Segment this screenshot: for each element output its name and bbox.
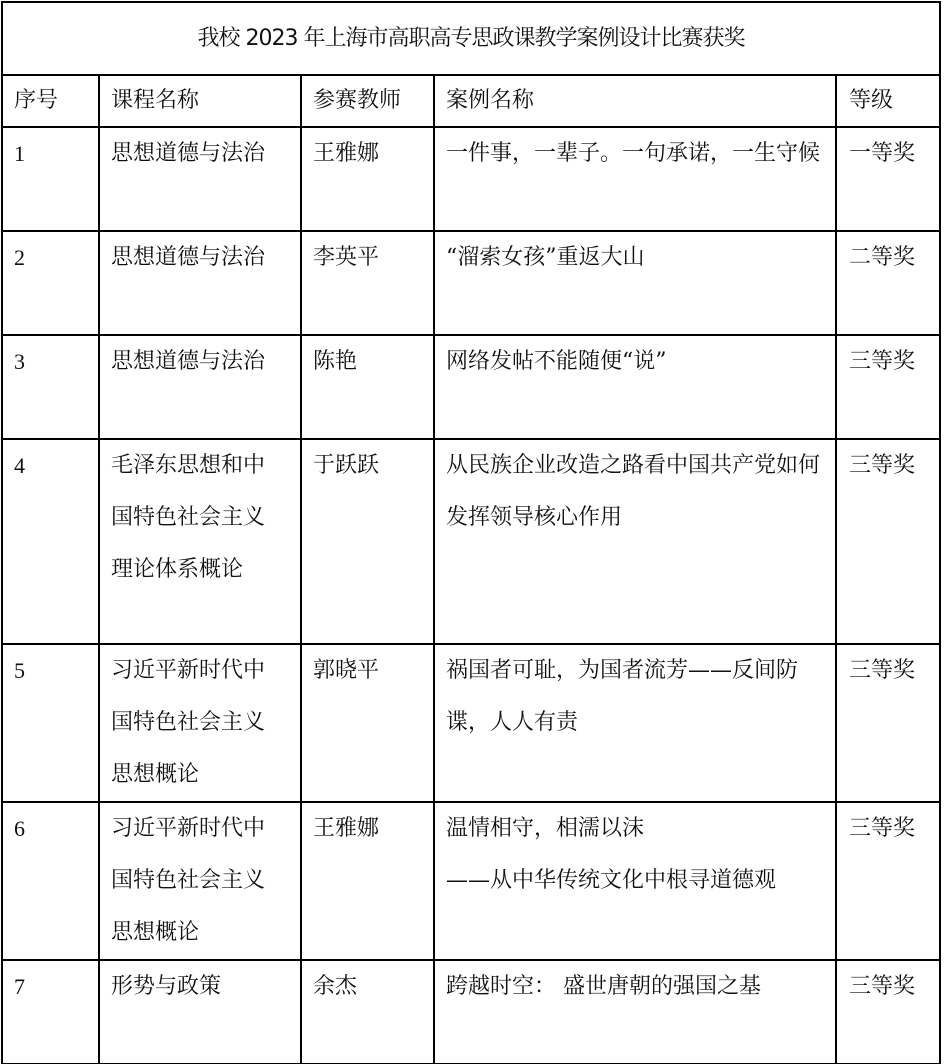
case-line: 跨越时空： 盛世唐朝的强国之基 bbox=[446, 961, 835, 1013]
row-case: 网络发帖不能随便“说” bbox=[434, 335, 836, 439]
row-teacher: 陈艳 bbox=[301, 335, 434, 439]
row-grade: 三等奖 bbox=[836, 439, 940, 644]
case-line: 温情相守，相濡以沫 bbox=[446, 803, 807, 855]
row-grade: 三等奖 bbox=[836, 802, 940, 960]
header-grade: 等级 bbox=[836, 75, 940, 127]
row-teacher: 王雅娜 bbox=[301, 127, 434, 231]
row-course: 思想道德与法治 bbox=[99, 231, 301, 335]
row-case: “溜索女孩”重返大山 bbox=[434, 231, 836, 335]
row-teacher: 李英平 bbox=[301, 231, 434, 335]
row-case: 祸国者可耻，为国者流芳——反间防谍，人人有责 bbox=[434, 644, 836, 802]
row-no: 6 bbox=[2, 802, 99, 960]
row-course: 习近平新时代中国特色社会主义思想概论 bbox=[99, 644, 301, 802]
table-row: 1 思想道德与法治 王雅娜 一件事，一辈子。一句承诺，一生守候 一等奖 bbox=[2, 127, 940, 231]
table-row: 5 习近平新时代中国特色社会主义思想概论 郭晓平 祸国者可耻，为国者流芳——反间… bbox=[2, 644, 940, 802]
row-case: 温情相守，相濡以沫——从中华传统文化中根寻道德观 bbox=[434, 802, 836, 960]
header-no: 序号 bbox=[2, 75, 99, 127]
header-course: 课程名称 bbox=[99, 75, 301, 127]
row-grade: 三等奖 bbox=[836, 960, 940, 1064]
row-grade: 三等奖 bbox=[836, 644, 940, 802]
case-line: 一件事，一辈子。一句承诺，一生守候 bbox=[446, 128, 821, 180]
table-row: 7 形势与政策 余杰 跨越时空： 盛世唐朝的强国之基 三等奖 bbox=[2, 960, 940, 1064]
table-row: 2 思想道德与法治 李英平 “溜索女孩”重返大山 二等奖 bbox=[2, 231, 940, 335]
row-teacher: 于跃跃 bbox=[301, 439, 434, 644]
title-row: 我校 2023 年上海市高职高专思政课教学案例设计比赛获奖 bbox=[2, 2, 940, 75]
table-row: 3 思想道德与法治 陈艳 网络发帖不能随便“说” 三等奖 bbox=[2, 335, 940, 439]
case-line: 网络发帖不能随便“说” bbox=[446, 336, 835, 388]
row-course: 思想道德与法治 bbox=[99, 335, 301, 439]
case-line: “溜索女孩”重返大山 bbox=[446, 232, 835, 284]
row-course: 毛泽东思想和中国特色社会主义理论体系概论 bbox=[99, 439, 301, 644]
table-row: 4 毛泽东思想和中国特色社会主义理论体系概论 于跃跃 从民族企业改造之路看中国共… bbox=[2, 439, 940, 644]
row-course: 习近平新时代中国特色社会主义思想概论 bbox=[99, 802, 301, 960]
header-row: 序号 课程名称 参赛教师 案例名称 等级 bbox=[2, 75, 940, 127]
row-grade: 三等奖 bbox=[836, 335, 940, 439]
row-teacher: 余杰 bbox=[301, 960, 434, 1064]
row-course: 思想道德与法治 bbox=[99, 127, 301, 231]
row-no: 2 bbox=[2, 231, 99, 335]
row-grade: 二等奖 bbox=[836, 231, 940, 335]
row-teacher: 郭晓平 bbox=[301, 644, 434, 802]
table-title: 我校 2023 年上海市高职高专思政课教学案例设计比赛获奖 bbox=[2, 2, 940, 75]
row-case: 一件事，一辈子。一句承诺，一生守候 bbox=[434, 127, 836, 231]
row-no: 3 bbox=[2, 335, 99, 439]
table-row: 6 习近平新时代中国特色社会主义思想概论 王雅娜 温情相守，相濡以沫——从中华传… bbox=[2, 802, 940, 960]
row-teacher: 王雅娜 bbox=[301, 802, 434, 960]
header-case: 案例名称 bbox=[434, 75, 836, 127]
row-grade: 一等奖 bbox=[836, 127, 940, 231]
row-no: 7 bbox=[2, 960, 99, 1064]
case-line: 祸国者可耻，为国者流芳——反间防谍，人人有责 bbox=[446, 645, 821, 749]
award-table: 我校 2023 年上海市高职高专思政课教学案例设计比赛获奖 序号 课程名称 参赛… bbox=[1, 1, 941, 1064]
header-teacher: 参赛教师 bbox=[301, 75, 434, 127]
row-no: 5 bbox=[2, 644, 99, 802]
row-case: 跨越时空： 盛世唐朝的强国之基 bbox=[434, 960, 836, 1064]
row-case: 从民族企业改造之路看中国共产党如何发挥领导核心作用 bbox=[434, 439, 836, 644]
row-course: 形势与政策 bbox=[99, 960, 301, 1064]
row-no: 4 bbox=[2, 439, 99, 644]
row-no: 1 bbox=[2, 127, 99, 231]
case-line: 从民族企业改造之路看中国共产党如何发挥领导核心作用 bbox=[446, 440, 821, 544]
case-line: ——从中华传统文化中根寻道德观 bbox=[446, 855, 807, 907]
